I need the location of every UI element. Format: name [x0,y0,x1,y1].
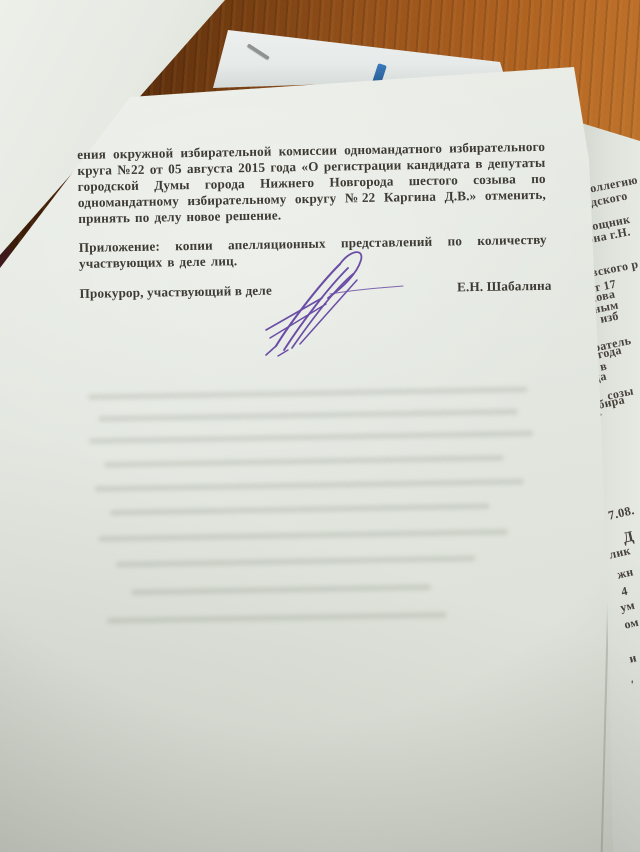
bleedthrough-ghost-text [87,366,562,674]
side-sheet-text-fragment: ʹ [630,678,636,691]
bleedthrough-ghost-line [98,529,508,542]
side-sheet-text-fragment: ом [623,616,640,631]
side-sheet-text-fragment: Д [622,531,635,545]
handwritten-signature [258,246,408,358]
side-sheet-text-fragment: 4 [620,585,629,598]
side-sheet-text-fragment: лик [608,544,632,561]
bleedthrough-ghost-line [88,386,528,400]
bleedthrough-ghost-line [104,455,504,468]
bleedthrough-ghost-line [98,409,518,422]
decision-paragraph: ения окружной избирательной комиссии одн… [77,139,546,227]
staple [247,43,270,59]
bleedthrough-ghost-line [116,555,476,567]
bleedthrough-ghost-line [107,612,447,624]
side-sheet-text-fragment: и [628,651,638,664]
side-sheet-text-fragment: жн [616,565,635,580]
side-sheet-text-fragment: ум [619,599,636,614]
prosecutor-role-label: Прокурор, участвующий в деле [79,283,272,302]
bleedthrough-ghost-line [94,479,524,493]
bleedthrough-ghost-line [131,584,431,595]
prosecutor-name: Е.Н. Шабалина [457,278,552,296]
side-sheet-text-fragment: 7.08. [607,504,636,522]
bleedthrough-ghost-line [110,503,490,516]
photo-of-stacked-documents: коллегию родского омощник йона г.Н. овск… [0,0,640,852]
bleedthrough-ghost-line [89,430,534,444]
